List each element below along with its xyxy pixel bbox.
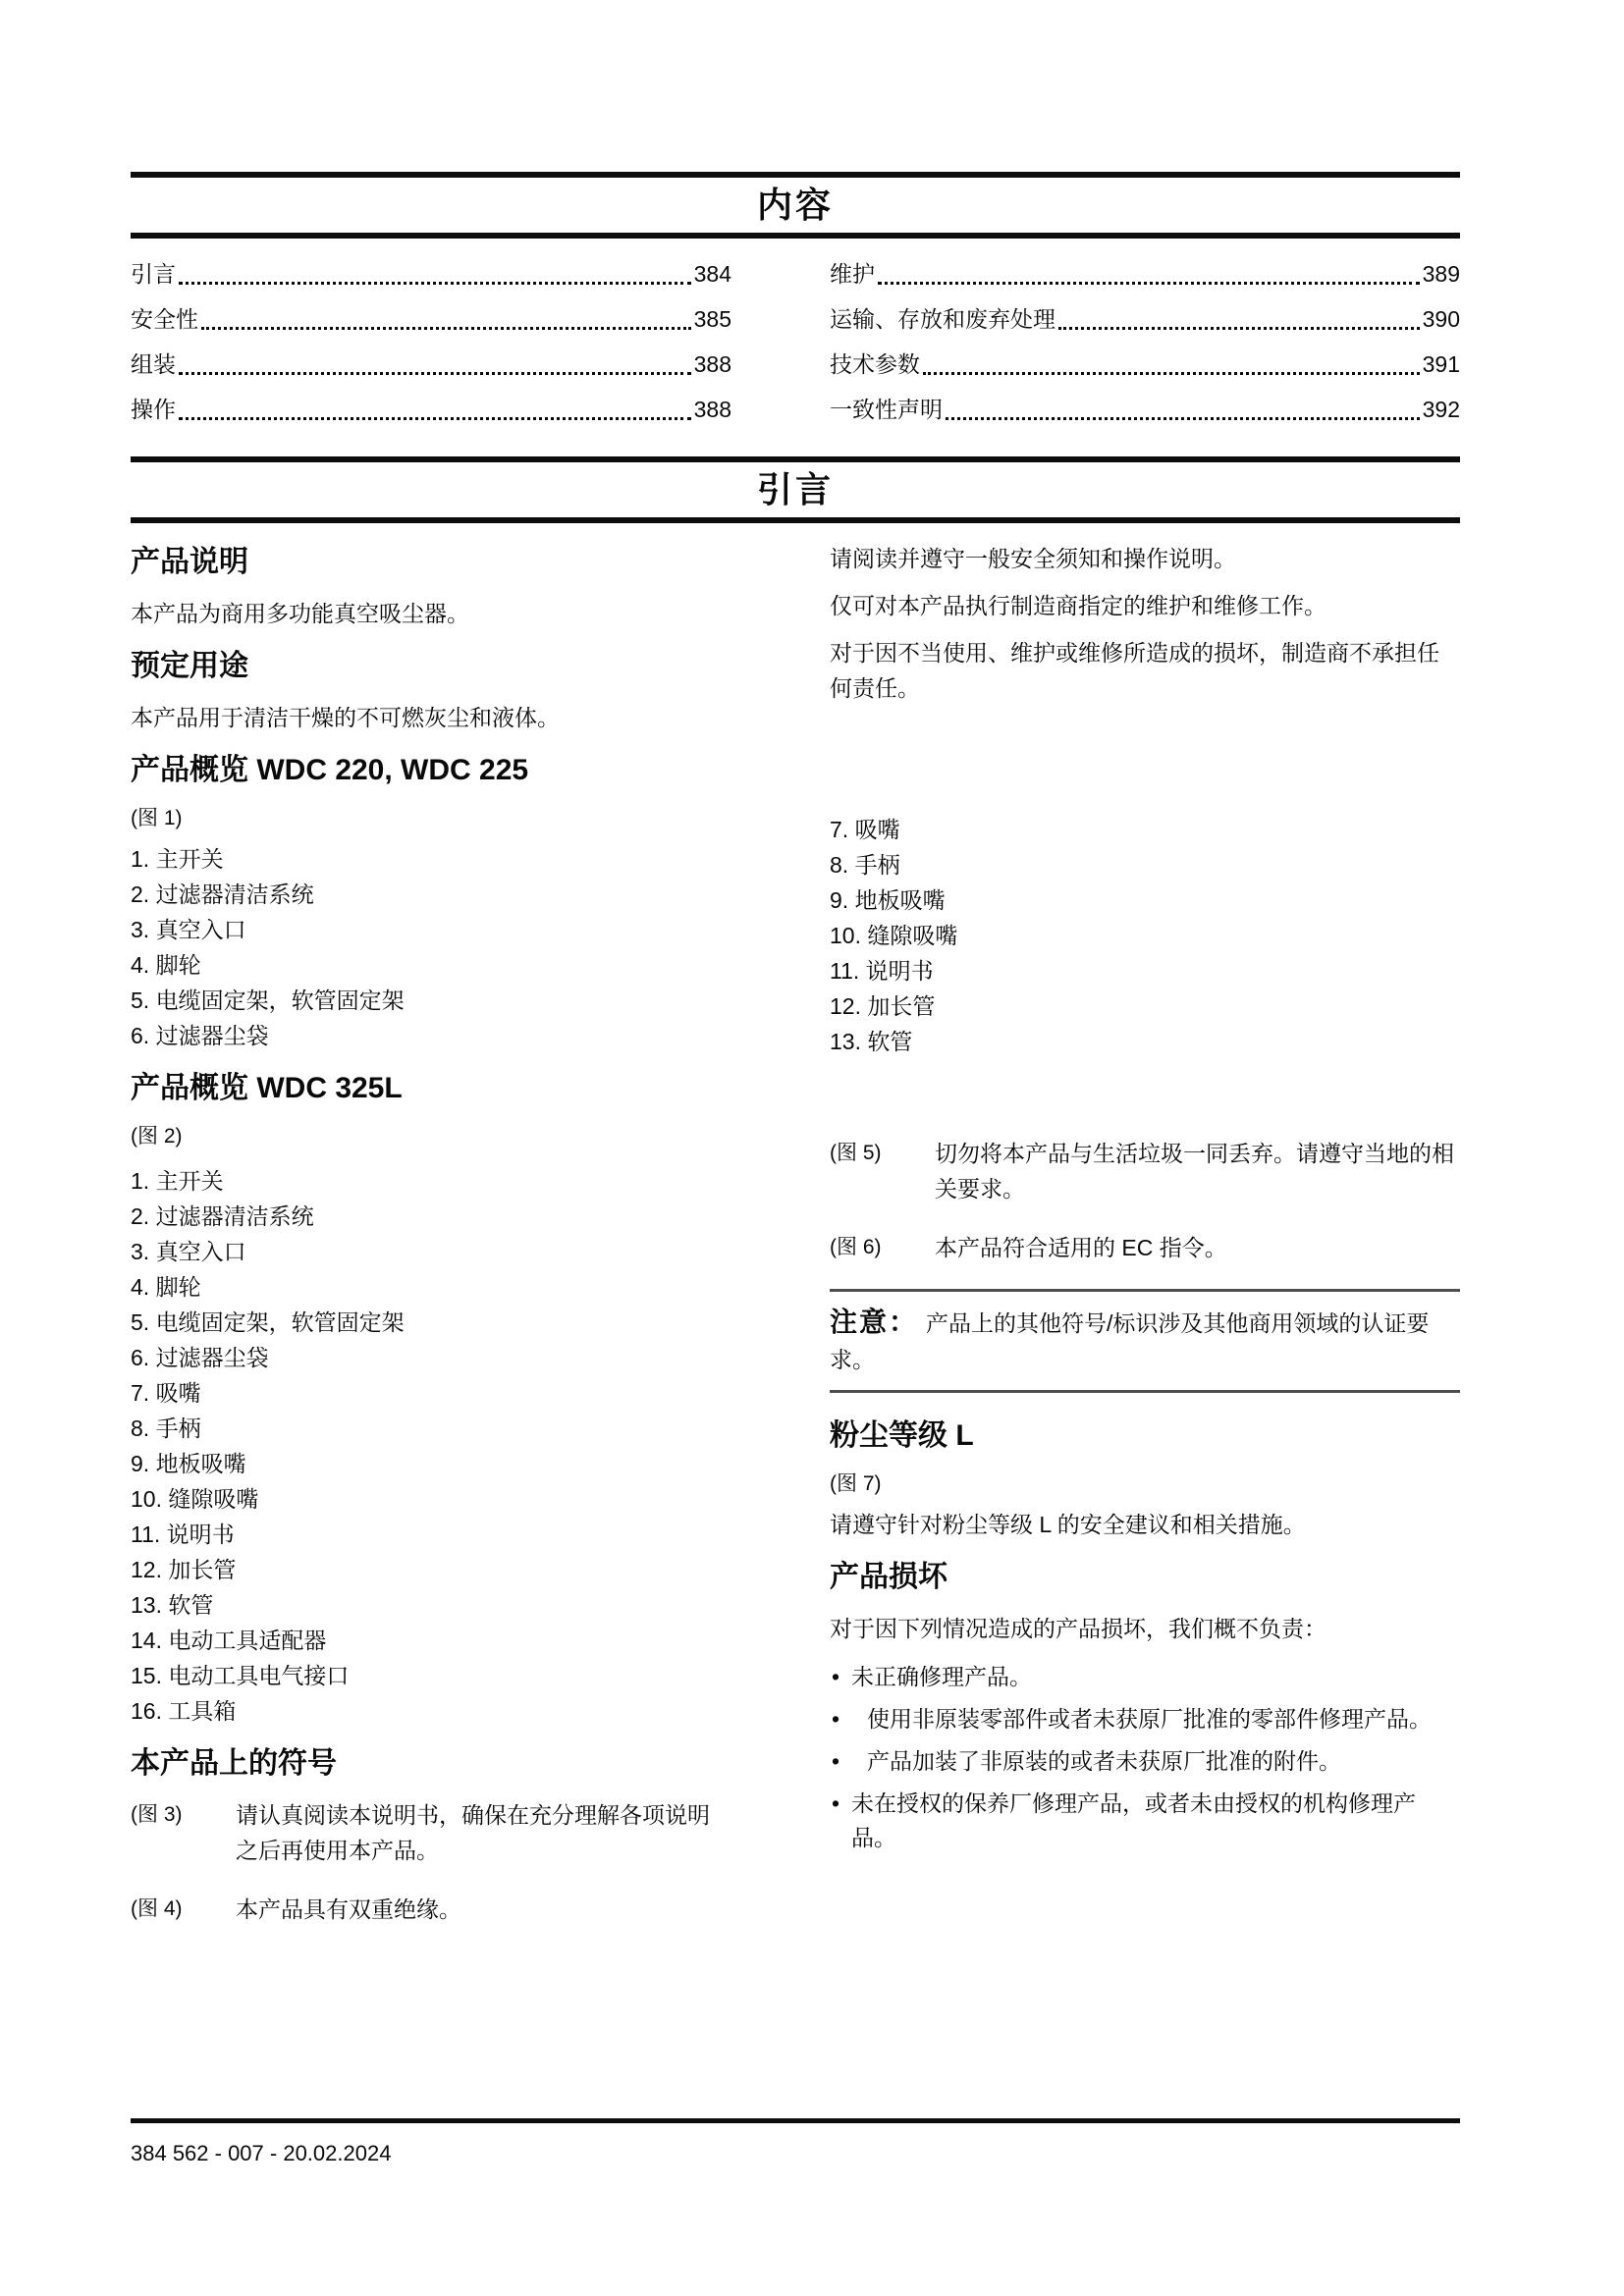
toc-entry-page: 391 — [1423, 347, 1460, 382]
toc-entry-label: 技术参数 — [830, 347, 920, 382]
right-column: 请阅读并遵守一般安全须知和操作说明。 仅可对本产品执行制造商指定的维护和维修工作… — [830, 535, 1460, 1950]
list-item: 10. 缝隙吸嘴 — [830, 918, 1460, 953]
figure-1-ref: (图 1) — [131, 804, 731, 833]
dust-class-body: 请遵守针对粉尘等级 L 的安全建议和相关措施。 — [830, 1507, 1460, 1542]
intro-paragraph: 仅可对本产品执行制造商指定的维护和维修工作。 — [830, 588, 1460, 623]
symbol-figure-row: (图 6) 本产品符合适用的 EC 指令。 — [830, 1230, 1460, 1265]
toc-entry-page: 384 — [694, 256, 731, 292]
page-footer: 384 562 - 007 - 20.02.2024 — [131, 2118, 1460, 2167]
toc-entry-page: 388 — [694, 392, 731, 427]
intro-section-bar: 引言 — [131, 456, 1460, 523]
product-description-heading: 产品说明 — [131, 543, 731, 582]
toc-entry: 技术参数 391 — [830, 347, 1460, 382]
figure-7-ref: (图 7) — [830, 1469, 1460, 1499]
product-description-body: 本产品为商用多功能真空吸尘器。 — [131, 596, 731, 631]
list-item: 10. 缝隙吸嘴 — [131, 1481, 731, 1517]
list-item: 3. 真空入口 — [131, 1234, 731, 1269]
list-item: 8. 手柄 — [830, 847, 1460, 882]
list-item: 7. 吸嘴 — [830, 812, 1460, 847]
toc-entry-label: 安全性 — [131, 301, 198, 337]
toc-entry: 一致性声明 392 — [830, 392, 1460, 427]
overview-wdc220-heading: 产品概览 WDC 220, WDC 225 — [131, 751, 731, 790]
bullet-item: 未在授权的保养厂修理产品，或者未由授权的机构修理产品。 — [830, 1787, 1460, 1855]
list-item: 13. 软管 — [131, 1587, 731, 1623]
dust-class-heading: 粉尘等级 L — [830, 1416, 1460, 1456]
toc-title: 内容 — [131, 182, 1460, 229]
product-damage-list: 未正确修理产品。 使用非原装零部件或者未获原厂批准的零部件修理产品。 产品加装了… — [830, 1660, 1460, 1855]
table-of-contents: 引言 384 安全性 385 组装 388 操作 388 维护 — [131, 256, 1460, 437]
list-item: 11. 说明书 — [131, 1517, 731, 1552]
list-item: 14. 电动工具适配器 — [131, 1623, 731, 1658]
overview-wdc325l-list: 1. 主开关 2. 过滤器清洁系统 3. 真空入口 4. 脚轮 5. 电缆固定架… — [131, 1163, 731, 1729]
toc-entry-page: 388 — [694, 347, 731, 382]
list-item: 6. 过滤器尘袋 — [131, 1018, 731, 1053]
overview-wdc220-list: 1. 主开关 2. 过滤器清洁系统 3. 真空入口 4. 脚轮 5. 电缆固定架… — [131, 841, 731, 1053]
list-item: 12. 加长管 — [830, 988, 1460, 1024]
product-damage-heading: 产品损坏 — [830, 1558, 1460, 1597]
document-number: 384 562 - 007 - 20.02.2024 — [131, 2140, 1460, 2167]
list-item: 16. 工具箱 — [131, 1693, 731, 1729]
bullet-item: 产品加装了非原装的或者未获原厂批准的附件。 — [830, 1744, 1460, 1779]
list-item: 15. 电动工具电气接口 — [131, 1658, 731, 1693]
list-item: 8. 手柄 — [131, 1411, 731, 1446]
symbol-figure-row: (图 4) 本产品具有双重绝缘。 — [131, 1892, 731, 1927]
list-item: 4. 脚轮 — [131, 947, 731, 983]
toc-column-right: 维护 389 运输、存放和废弃处理 390 技术参数 391 一致性声明 392 — [830, 256, 1460, 437]
toc-section-bar: 内容 — [131, 172, 1460, 239]
list-item: 4. 脚轮 — [131, 1269, 731, 1305]
intro-paragraph: 请阅读并遵守一般安全须知和操作说明。 — [830, 541, 1460, 576]
symbols-heading: 本产品上的符号 — [131, 1744, 731, 1784]
toc-entry: 运输、存放和废弃处理 390 — [830, 301, 1460, 337]
body-columns: 产品说明 本产品为商用多功能真空吸尘器。 预定用途 本产品用于清洁干燥的不可燃灰… — [131, 535, 1460, 1950]
toc-entry-page: 390 — [1423, 301, 1460, 337]
list-item: 11. 说明书 — [830, 953, 1460, 988]
dot-leader — [201, 327, 691, 330]
intended-use-body: 本产品用于清洁干燥的不可燃灰尘和液体。 — [131, 700, 731, 735]
list-item: 5. 电缆固定架，软管固定架 — [131, 983, 731, 1018]
list-item: 5. 电缆固定架，软管固定架 — [131, 1305, 731, 1340]
dot-leader — [923, 372, 1420, 375]
intro-paragraph: 对于因不当使用、维护或维修所造成的损坏，制造商不承担任何责任。 — [830, 635, 1460, 706]
toc-entry: 引言 384 — [131, 256, 731, 292]
list-item: 2. 过滤器清洁系统 — [131, 877, 731, 912]
list-item: 6. 过滤器尘袋 — [131, 1340, 731, 1375]
list-item: 12. 加长管 — [131, 1552, 731, 1587]
toc-entry-label: 运输、存放和废弃处理 — [830, 301, 1056, 337]
toc-entry-label: 操作 — [131, 392, 176, 427]
intended-use-heading: 预定用途 — [131, 647, 731, 686]
overview-wdc325l-heading: 产品概览 WDC 325L — [131, 1069, 731, 1108]
toc-entry-label: 一致性声明 — [830, 392, 943, 427]
toc-entry: 组装 388 — [131, 347, 731, 382]
overview-wdc220-list-continued: 7. 吸嘴 8. 手柄 9. 地板吸嘴 10. 缝隙吸嘴 11. 说明书 12.… — [830, 812, 1460, 1059]
toc-entry: 维护 389 — [830, 256, 1460, 292]
dot-leader — [878, 282, 1420, 285]
toc-entry-label: 维护 — [830, 256, 875, 292]
list-item: 9. 地板吸嘴 — [131, 1446, 731, 1481]
toc-entry: 操作 388 — [131, 392, 731, 427]
bullet-item: 使用非原装零部件或者未获原厂批准的零部件修理产品。 — [830, 1702, 1460, 1736]
dot-leader — [946, 417, 1420, 420]
list-item: 3. 真空入口 — [131, 912, 731, 947]
toc-entry-page: 392 — [1423, 392, 1460, 427]
list-item: 13. 软管 — [830, 1024, 1460, 1059]
bullet-item: 未正确修理产品。 — [830, 1660, 1460, 1694]
toc-entry-page: 389 — [1423, 256, 1460, 292]
toc-entry-label: 引言 — [131, 256, 176, 292]
figure-3-text: 请认真阅读本说明书，确保在充分理解各项说明之后再使用本产品。 — [236, 1797, 731, 1868]
toc-entry-label: 组装 — [131, 347, 176, 382]
figure-6-text: 本产品符合适用的 EC 指令。 — [935, 1230, 1460, 1265]
figure-4-text: 本产品具有双重绝缘。 — [236, 1892, 731, 1927]
figure-5-text: 切勿将本产品与生活垃圾一同丢弃。请遵守当地的相关要求。 — [935, 1136, 1460, 1206]
intro-title: 引言 — [131, 466, 1460, 513]
figure-4-ref: (图 4) — [131, 1892, 236, 1927]
figure-6-ref: (图 6) — [830, 1230, 935, 1265]
notice-box: 注意：产品上的其他符号/标识涉及其他商用领域的认证要求。 — [830, 1289, 1460, 1393]
list-item: 9. 地板吸嘴 — [830, 882, 1460, 918]
dot-leader — [1058, 327, 1420, 330]
figure-3-ref: (图 3) — [131, 1797, 236, 1868]
symbol-figure-row: (图 5) 切勿将本产品与生活垃圾一同丢弃。请遵守当地的相关要求。 — [830, 1136, 1460, 1206]
left-column: 产品说明 本产品为商用多功能真空吸尘器。 预定用途 本产品用于清洁干燥的不可燃灰… — [131, 535, 731, 1950]
dot-leader — [179, 372, 691, 375]
symbol-figure-row: (图 3) 请认真阅读本说明书，确保在充分理解各项说明之后再使用本产品。 — [131, 1797, 731, 1868]
dot-leader — [179, 417, 691, 420]
notice-label: 注意： — [830, 1307, 918, 1337]
list-item: 2. 过滤器清洁系统 — [131, 1199, 731, 1234]
toc-entry-page: 385 — [694, 301, 731, 337]
list-item: 7. 吸嘴 — [131, 1375, 731, 1411]
manual-page: 内容 引言 384 安全性 385 组装 388 操作 388 — [0, 0, 1624, 2296]
list-item: 1. 主开关 — [131, 1163, 731, 1199]
dot-leader — [179, 282, 691, 285]
footer-rule — [131, 2118, 1460, 2123]
figure-2-ref: (图 2) — [131, 1122, 731, 1151]
toc-column-left: 引言 384 安全性 385 组装 388 操作 388 — [131, 256, 731, 437]
list-item: 1. 主开关 — [131, 841, 731, 877]
toc-entry: 安全性 385 — [131, 301, 731, 337]
figure-5-ref: (图 5) — [830, 1136, 935, 1206]
notice-text: 产品上的其他符号/标识涉及其他商用领域的认证要求。 — [830, 1310, 1429, 1372]
product-damage-intro: 对于因下列情况造成的产品损坏，我们概不负责： — [830, 1611, 1460, 1646]
